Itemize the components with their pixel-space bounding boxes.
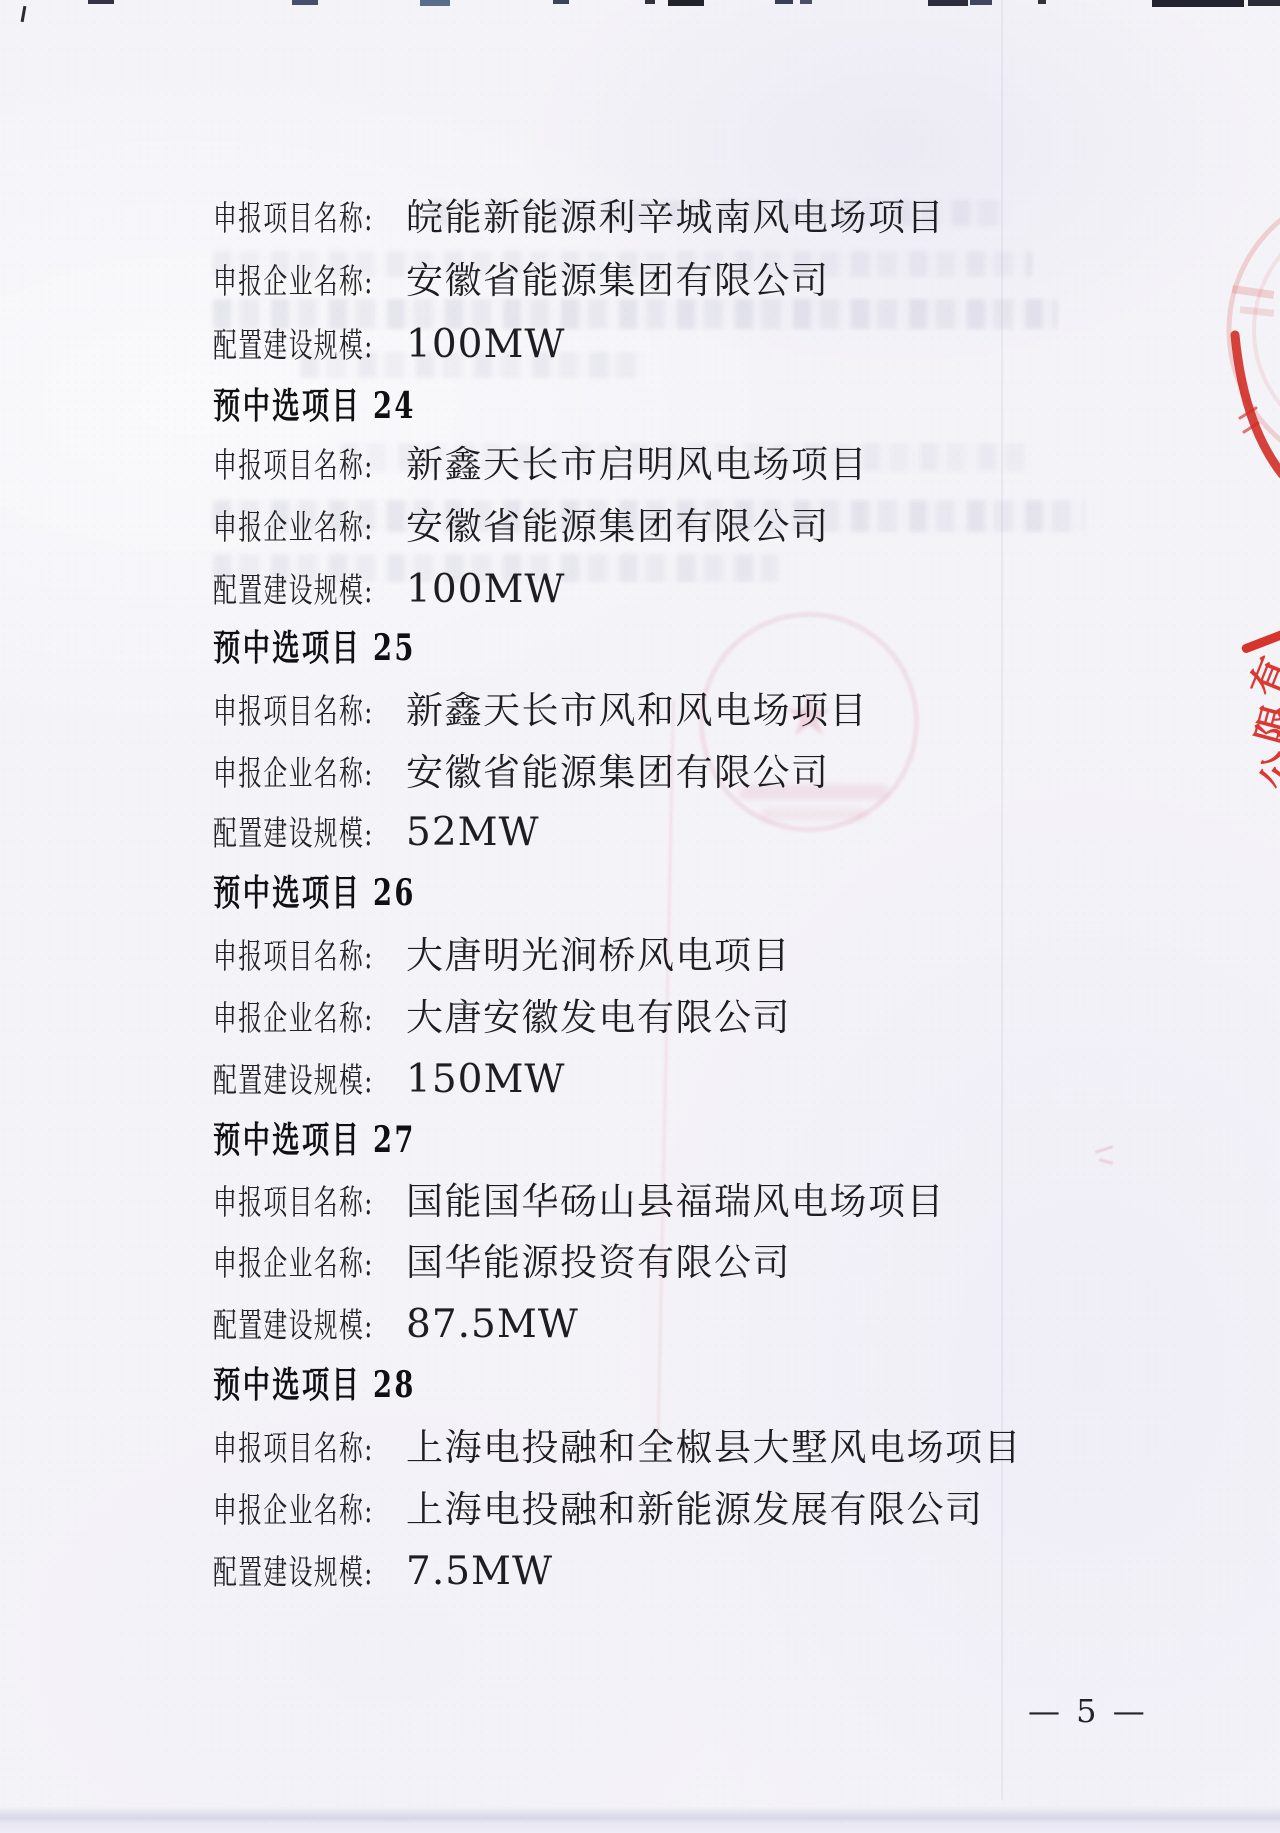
company-name-label: 申报企业名称:: [213, 1241, 348, 1287]
project-name-value: 皖能新能源利辛城南风电场项目: [406, 196, 945, 239]
scale-value: 87.5MW: [406, 1302, 579, 1347]
red-seal-arc: [1140, 150, 1280, 530]
red-seal-edge-char: 限: [1240, 698, 1280, 749]
field-row: 申报企业名称:上海电投融和新能源发展有限公司: [213, 1487, 984, 1533]
field-row: 申报企业名称:国华能源投资有限公司: [213, 1240, 791, 1286]
field-row: 申报项目名称:上海电投融和全椒县大墅风电场项目: [213, 1425, 1022, 1471]
company-name-label: 申报企业名称:: [213, 505, 348, 551]
section-heading: 预中选项目 28: [213, 1362, 480, 1408]
field-row: 申报项目名称:国能国华砀山县福瑞风电场项目: [213, 1179, 945, 1225]
project-name-label: 申报项目名称:: [213, 1426, 348, 1472]
project-name-value: 新鑫天长市启明风电场项目: [406, 443, 868, 486]
project-name-value: 大唐明光涧桥风电项目: [406, 934, 791, 977]
section-heading: 预中选项目 24: [213, 383, 480, 429]
company-name-label: 申报企业名称:: [213, 996, 348, 1042]
company-name-value: 安徽省能源集团有限公司: [406, 505, 830, 548]
scale-label: 配置建设规模:: [213, 811, 348, 857]
field-row: 申报项目名称:新鑫天长市风和风电场项目: [213, 688, 868, 734]
field-row: 配置建设规模:150MW: [213, 1057, 565, 1103]
section-heading: 预中选项目 25: [213, 625, 480, 671]
project-name-label: 申报项目名称:: [213, 1180, 348, 1226]
scale-value: 100MW: [406, 567, 565, 612]
company-name-label: 申报企业名称:: [213, 751, 348, 797]
scale-value: 52MW: [406, 810, 540, 855]
company-name-value: 国华能源投资有限公司: [406, 1241, 791, 1284]
project-name-label: 申报项目名称:: [213, 689, 348, 735]
field-row: 申报企业名称:安徽省能源集团有限公司: [213, 504, 830, 550]
field-row: 配置建设规模:52MW: [213, 810, 540, 856]
field-row: 配置建设规模:100MW: [213, 567, 565, 613]
scale-value: 150MW: [406, 1057, 565, 1102]
field-row: 申报项目名称:新鑫天长市启明风电场项目: [213, 442, 868, 488]
red-seal-edge-char: 公: [1245, 746, 1280, 793]
project-name-label: 申报项目名称:: [213, 443, 348, 489]
field-row: 配置建设规模:100MW: [213, 322, 565, 368]
field-row: 申报项目名称:大唐明光涧桥风电项目: [213, 933, 791, 979]
field-row: 申报企业名称:安徽省能源集团有限公司: [213, 258, 830, 304]
scanned-document-page: ★ 有 限 公 申报项目名称:皖能新能源利辛城南风电场项目 申报企业名称:安徽省…: [0, 0, 1280, 1833]
pink-mark: [1095, 1145, 1113, 1153]
field-row: 申报企业名称:大唐安徽发电有限公司: [213, 995, 791, 1041]
field-row: 配置建设规模:7.5MW: [213, 1549, 553, 1595]
scale-value: 100MW: [406, 322, 565, 367]
field-row: 申报企业名称:安徽省能源集团有限公司: [213, 750, 830, 796]
scale-label: 配置建设规模:: [213, 1303, 348, 1349]
field-row: 申报项目名称:皖能新能源利辛城南风电场项目: [213, 195, 945, 241]
red-seal-edge-char: 有: [1233, 648, 1280, 704]
project-name-value: 国能国华砀山县福瑞风电场项目: [406, 1180, 945, 1223]
scale-label: 配置建设规模:: [213, 1550, 348, 1596]
company-name-value: 安徽省能源集团有限公司: [406, 259, 830, 302]
company-name-label: 申报企业名称:: [213, 259, 348, 305]
field-row: 配置建设规模:87.5MW: [213, 1302, 579, 1348]
project-name-label: 申报项目名称:: [213, 196, 348, 242]
pink-mark: [1099, 1158, 1113, 1164]
company-name-value: 安徽省能源集团有限公司: [406, 751, 830, 794]
company-name-label: 申报企业名称:: [213, 1488, 348, 1534]
company-name-value: 上海电投融和新能源发展有限公司: [406, 1488, 984, 1531]
project-name-value: 上海电投融和全椒县大墅风电场项目: [406, 1426, 1022, 1469]
scale-label: 配置建设规模:: [213, 323, 348, 369]
section-heading: 预中选项目 27: [213, 1117, 480, 1163]
scale-value: 7.5MW: [406, 1549, 553, 1594]
project-name-label: 申报项目名称:: [213, 934, 348, 980]
scale-label: 配置建设规模:: [213, 1058, 348, 1104]
bleedthrough-seal-text-smear: [761, 808, 867, 820]
company-name-value: 大唐安徽发电有限公司: [406, 996, 791, 1039]
section-heading: 预中选项目 26: [213, 870, 480, 916]
bottom-scan-band: [0, 1806, 1280, 1833]
project-name-value: 新鑫天长市风和风电场项目: [406, 689, 868, 732]
scale-label: 配置建设规模:: [213, 568, 348, 614]
pink-crease-line: [656, 700, 675, 1460]
page-number: — 5 —: [1028, 1692, 1148, 1730]
